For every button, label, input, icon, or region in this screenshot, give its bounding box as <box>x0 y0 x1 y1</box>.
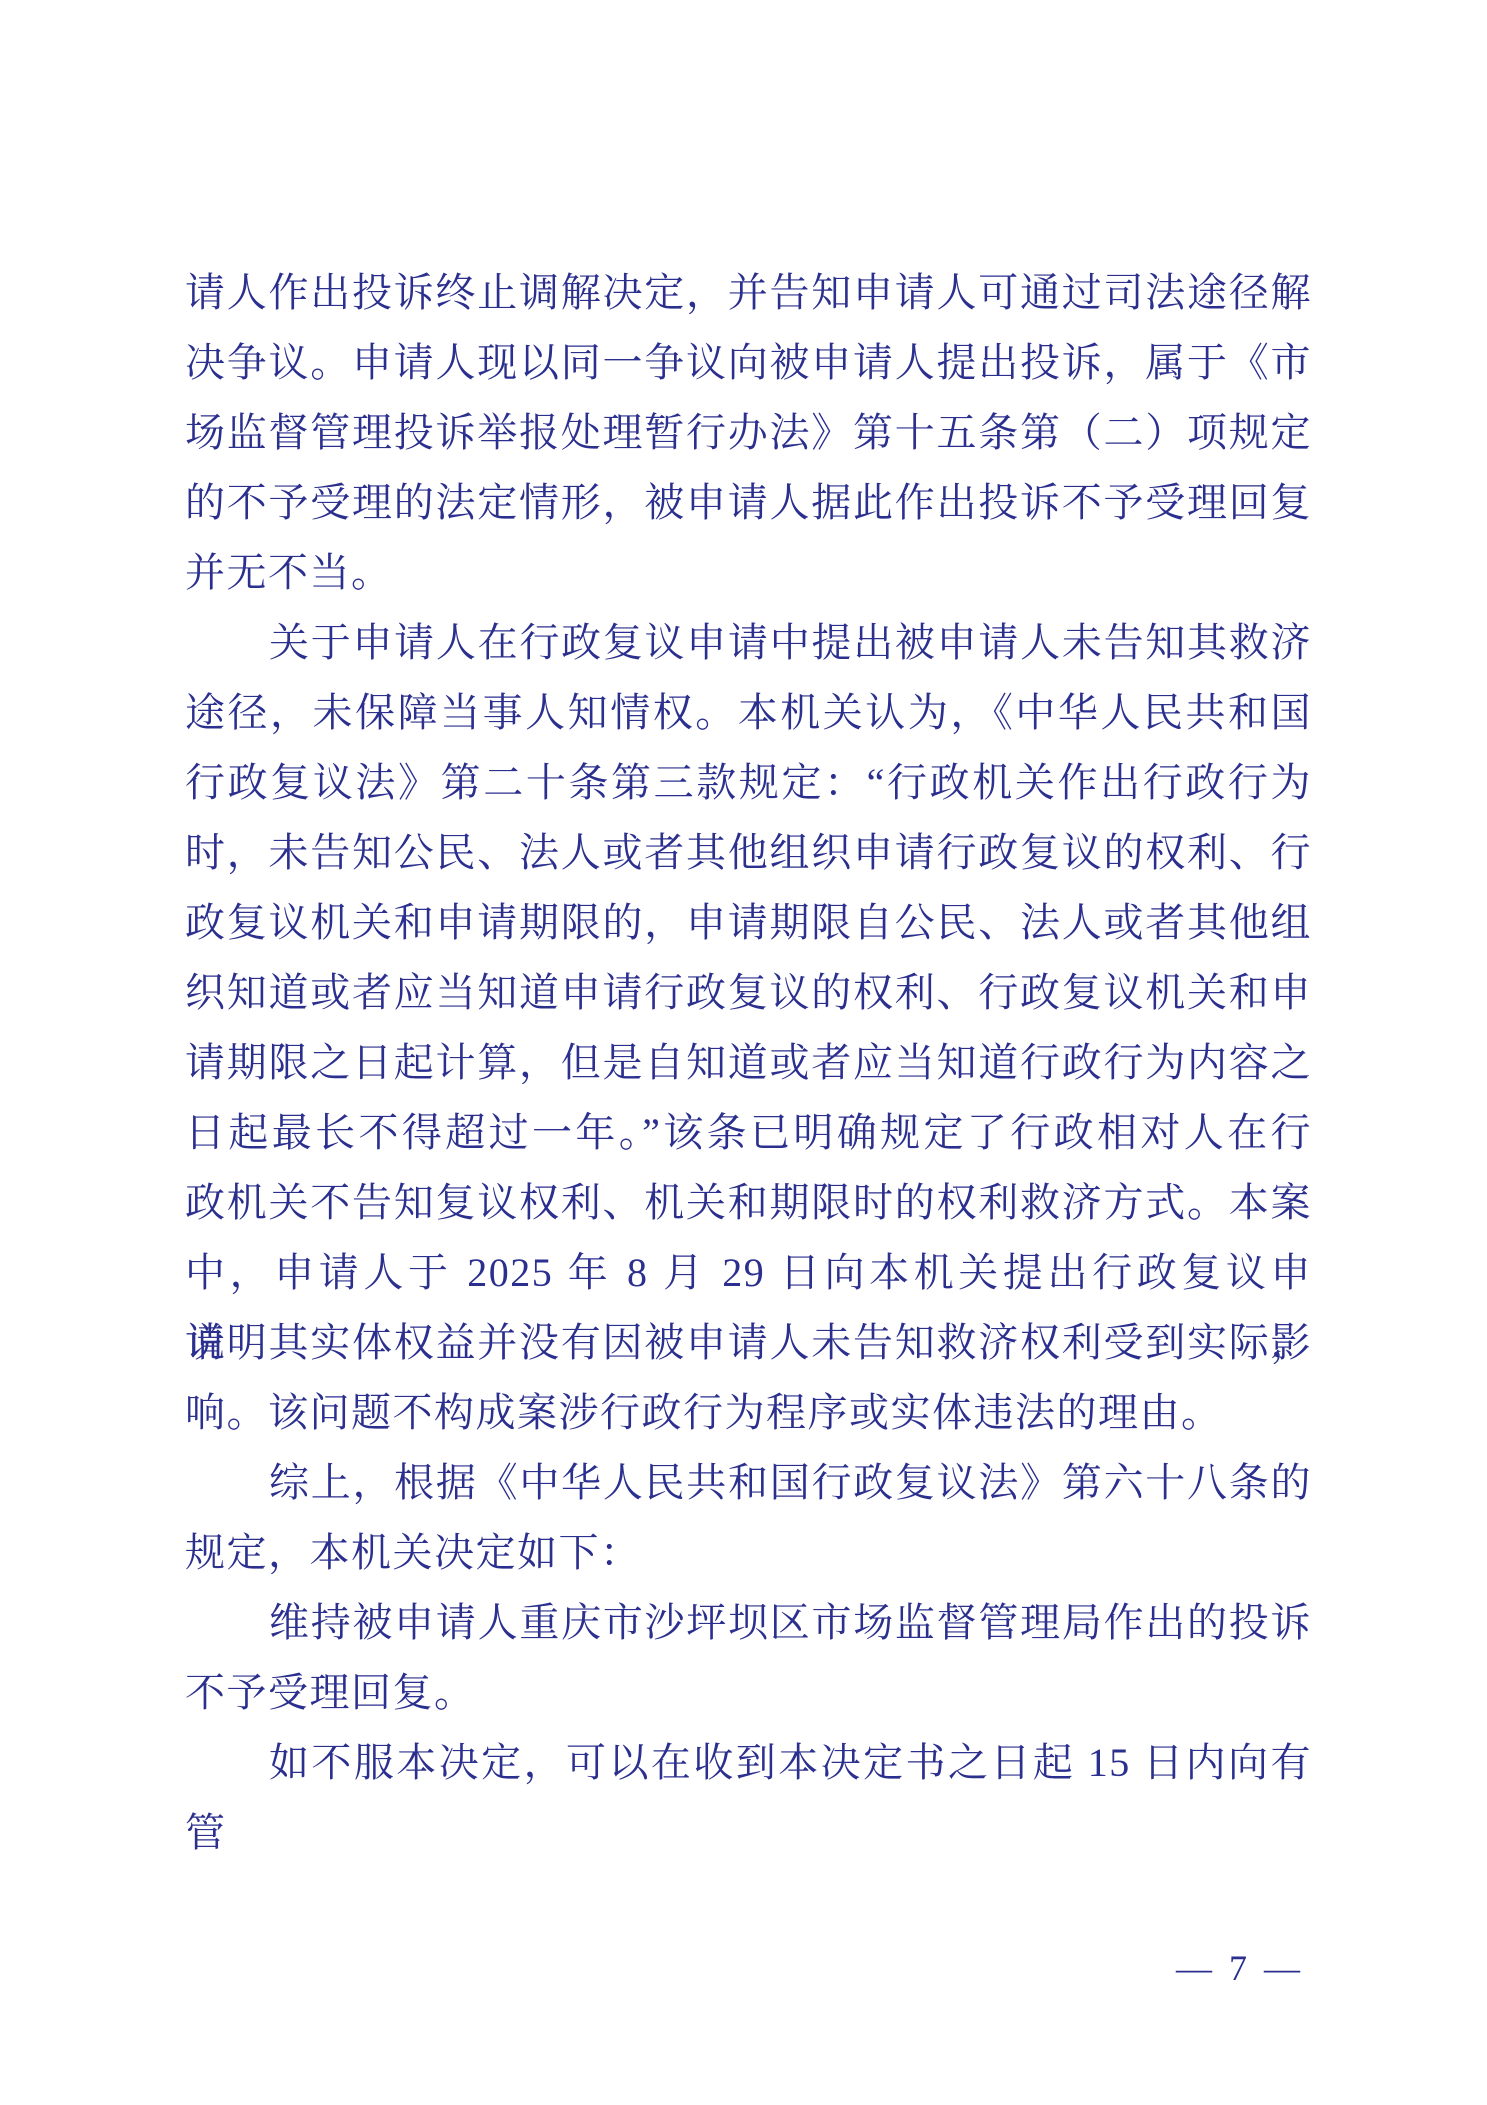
text-line: 综上，根据《中华人民共和国行政复议法》第六十八条的 <box>185 1448 1312 1518</box>
text-line: 并无不当。 <box>185 538 1312 608</box>
text-line: 维持被申请人重庆市沙坪坝区市场监督管理局作出的投诉 <box>185 1588 1312 1658</box>
text-line: 途径，未保障当事人知情权。本机关认为，《中华人民共和国 <box>185 678 1312 748</box>
text-line: 不予受理回复。 <box>185 1658 1312 1728</box>
text-line: 决争议。申请人现以同一争议向被申请人提出投诉，属于《市 <box>185 328 1312 398</box>
text-line: 响。该问题不构成案涉行政行为程序或实体违法的理由。 <box>185 1378 1312 1448</box>
text-line: 如不服本决定，可以在收到本决定书之日起 15 日内向有管 <box>185 1728 1312 1798</box>
text-line: 织知道或者应当知道申请行政复议的权利、行政复议机关和申 <box>185 958 1312 1028</box>
decision-text: 请人作出投诉终止调解决定，并告知申请人可通过司法途径解 决争议。申请人现以同一争… <box>185 258 1312 1798</box>
text-line: 场监督管理投诉举报处理暂行办法》第十五条第（二）项规定 <box>185 398 1312 468</box>
text-line: 规定，本机关决定如下： <box>185 1518 1312 1588</box>
text-line: 行政复议法》第二十条第三款规定：“行政机关作出行政行为 <box>185 748 1312 818</box>
text-line: 时，未告知公民、法人或者其他组织申请行政复议的权利、行 <box>185 818 1312 888</box>
text-line: 请期限之日起计算，但是自知道或者应当知道行政行为内容之 <box>185 1028 1312 1098</box>
text-line: 政机关不告知复议权利、机关和期限时的权利救济方式。本案 <box>185 1168 1312 1238</box>
text-line: 请人作出投诉终止调解决定，并告知申请人可通过司法途径解 <box>185 258 1312 328</box>
page-number: — 7 — <box>1140 1938 1340 1998</box>
text-line: 政复议机关和申请期限的，申请期限自公民、法人或者其他组 <box>185 888 1312 958</box>
text-line: 日起最长不得超过一年。”该条已明确规定了行政相对人在行 <box>185 1098 1312 1168</box>
text-line: 说明其实体权益并没有因被申请人未告知救济权利受到实际影 <box>185 1308 1312 1378</box>
text-line: 关于申请人在行政复议申请中提出被申请人未告知其救济 <box>185 608 1312 678</box>
document-page: 请人作出投诉终止调解决定，并告知申请人可通过司法途径解 决争议。申请人现以同一争… <box>0 0 1487 2105</box>
text-line: 中，申请人于 2025 年 8 月 29 日向本机关提出行政复议申请， <box>185 1238 1312 1308</box>
text-line: 的不予受理的法定情形，被申请人据此作出投诉不予受理回复 <box>185 468 1312 538</box>
